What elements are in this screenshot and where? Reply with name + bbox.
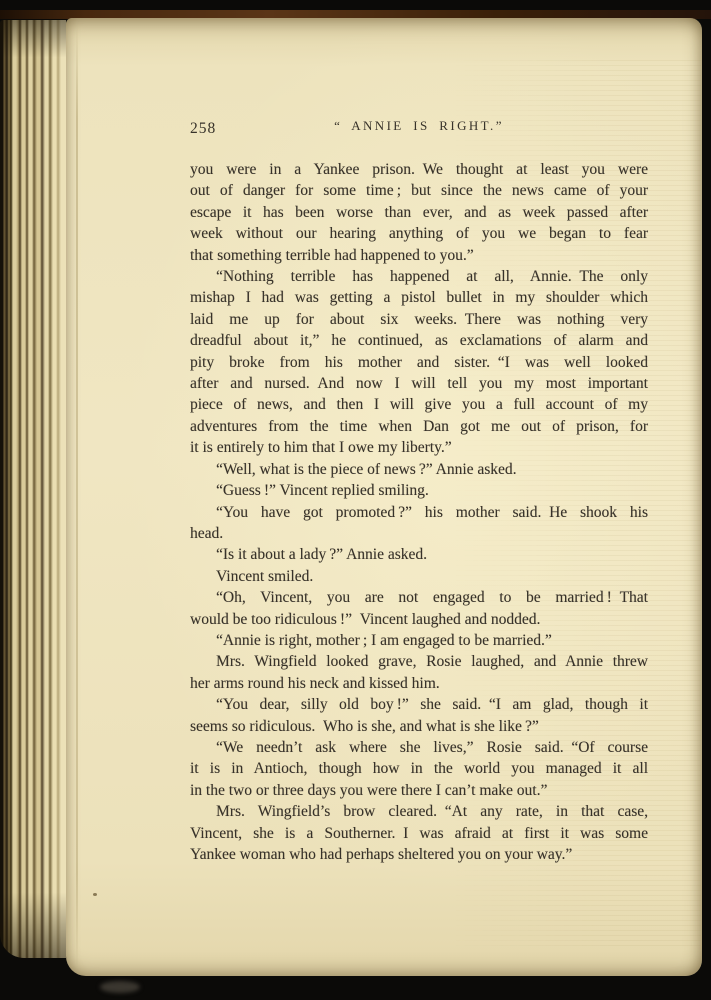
paragraph: “You dear, silly old boy !” she said. “I… [190,694,648,737]
running-title: “ ANNIE IS RIGHT.” [190,118,648,134]
text-line: seems so ridiculous. Who is she, and wha… [190,716,648,737]
text-line: piece of news, and then I will give you … [190,394,648,415]
paragraph: “Is it about a lady ?” Annie asked. [190,544,648,565]
text-line: it is in Antioch, though how in the worl… [190,758,648,779]
text-line: would be too ridiculous !” Vincent laugh… [190,609,648,630]
text-line: it is entirely to him that I owe my libe… [190,437,648,458]
paragraph: “We needn’t ask where she lives,” Rosie … [190,737,648,801]
body-text: you were in a Yankee prison. We thought … [190,159,648,865]
text-line: “Oh, Vincent, you are not engaged to be … [190,587,648,608]
paragraph: “Guess !” Vincent replied smiling. [190,480,648,501]
text-line: out of danger for some time ; but since … [190,180,648,201]
text-line: “We needn’t ask where she lives,” Rosie … [190,737,648,758]
text-line: Yankee woman who had perhaps sheltered y… [190,844,648,865]
text-line: mishap I had was getting a pistol bullet… [190,287,648,308]
text-line: “Well, what is the piece of news ?” Anni… [190,459,648,480]
text-line: you were in a Yankee prison. We thought … [190,159,648,180]
paragraph: “Nothing terrible has happened at all, A… [190,266,648,459]
text-line: “Guess !” Vincent replied smiling. [190,480,648,501]
paragraph: Vincent smiled. [190,566,648,587]
text-line: pity broke from his mother and sister. “… [190,352,648,373]
paragraph: Mrs. Wingfield looked grave, Rosie laugh… [190,651,648,694]
stacked-page-edges [0,20,66,958]
paragraph: “Well, what is the piece of news ?” Anni… [190,459,648,480]
text-line: “Is it about a lady ?” Annie asked. [190,544,648,565]
page-number: 258 [190,120,216,138]
text-line: Mrs. Wingfield looked grave, Rosie laugh… [190,651,648,672]
text-line: after and nursed. And now I will tell yo… [190,373,648,394]
text-line: dreadful about it,” he continued, as exc… [190,330,648,351]
text-line: adventures from the time when Dan got me… [190,416,648,437]
text-line: in the two or three days you were there … [190,780,648,801]
text-line: “You have got promoted ?” his mother sai… [190,502,648,523]
paragraph: Mrs. Wingfield’s brow cleared. “At any r… [190,801,648,865]
floor-reflection [100,981,140,993]
text-line: her arms round his neck and kissed him. [190,673,648,694]
text-line: escape it has been worse than ever, and … [190,202,648,223]
ink-speck [93,893,97,896]
text-line: “Annie is right, mother ; I am engaged t… [190,630,648,651]
text-line: Mrs. Wingfield’s brow cleared. “At any r… [190,801,648,822]
text-line: week without our hearing anything of you… [190,223,648,244]
running-head: 258 “ ANNIE IS RIGHT.” [190,118,648,140]
text-line: “You dear, silly old boy !” she said. “I… [190,694,648,715]
text-line: Vincent, she is a Southerner. I was afra… [190,823,648,844]
text-line: “Nothing terrible has happened at all, A… [190,266,648,287]
text-line: head. [190,523,648,544]
paragraph: “Oh, Vincent, you are not engaged to be … [190,587,648,630]
text-line: that something terrible had happened to … [190,245,648,266]
paragraph: “You have got promoted ?” his mother sai… [190,502,648,545]
paragraph: “Annie is right, mother ; I am engaged t… [190,630,648,651]
paragraph: you were in a Yankee prison. We thought … [190,159,648,266]
text-line: laid me up for about six weeks. There wa… [190,309,648,330]
text-line: Vincent smiled. [190,566,648,587]
scanned-book-photo: 258 “ ANNIE IS RIGHT.” you were in a Yan… [0,0,711,1000]
page-gutter-line [76,24,78,968]
